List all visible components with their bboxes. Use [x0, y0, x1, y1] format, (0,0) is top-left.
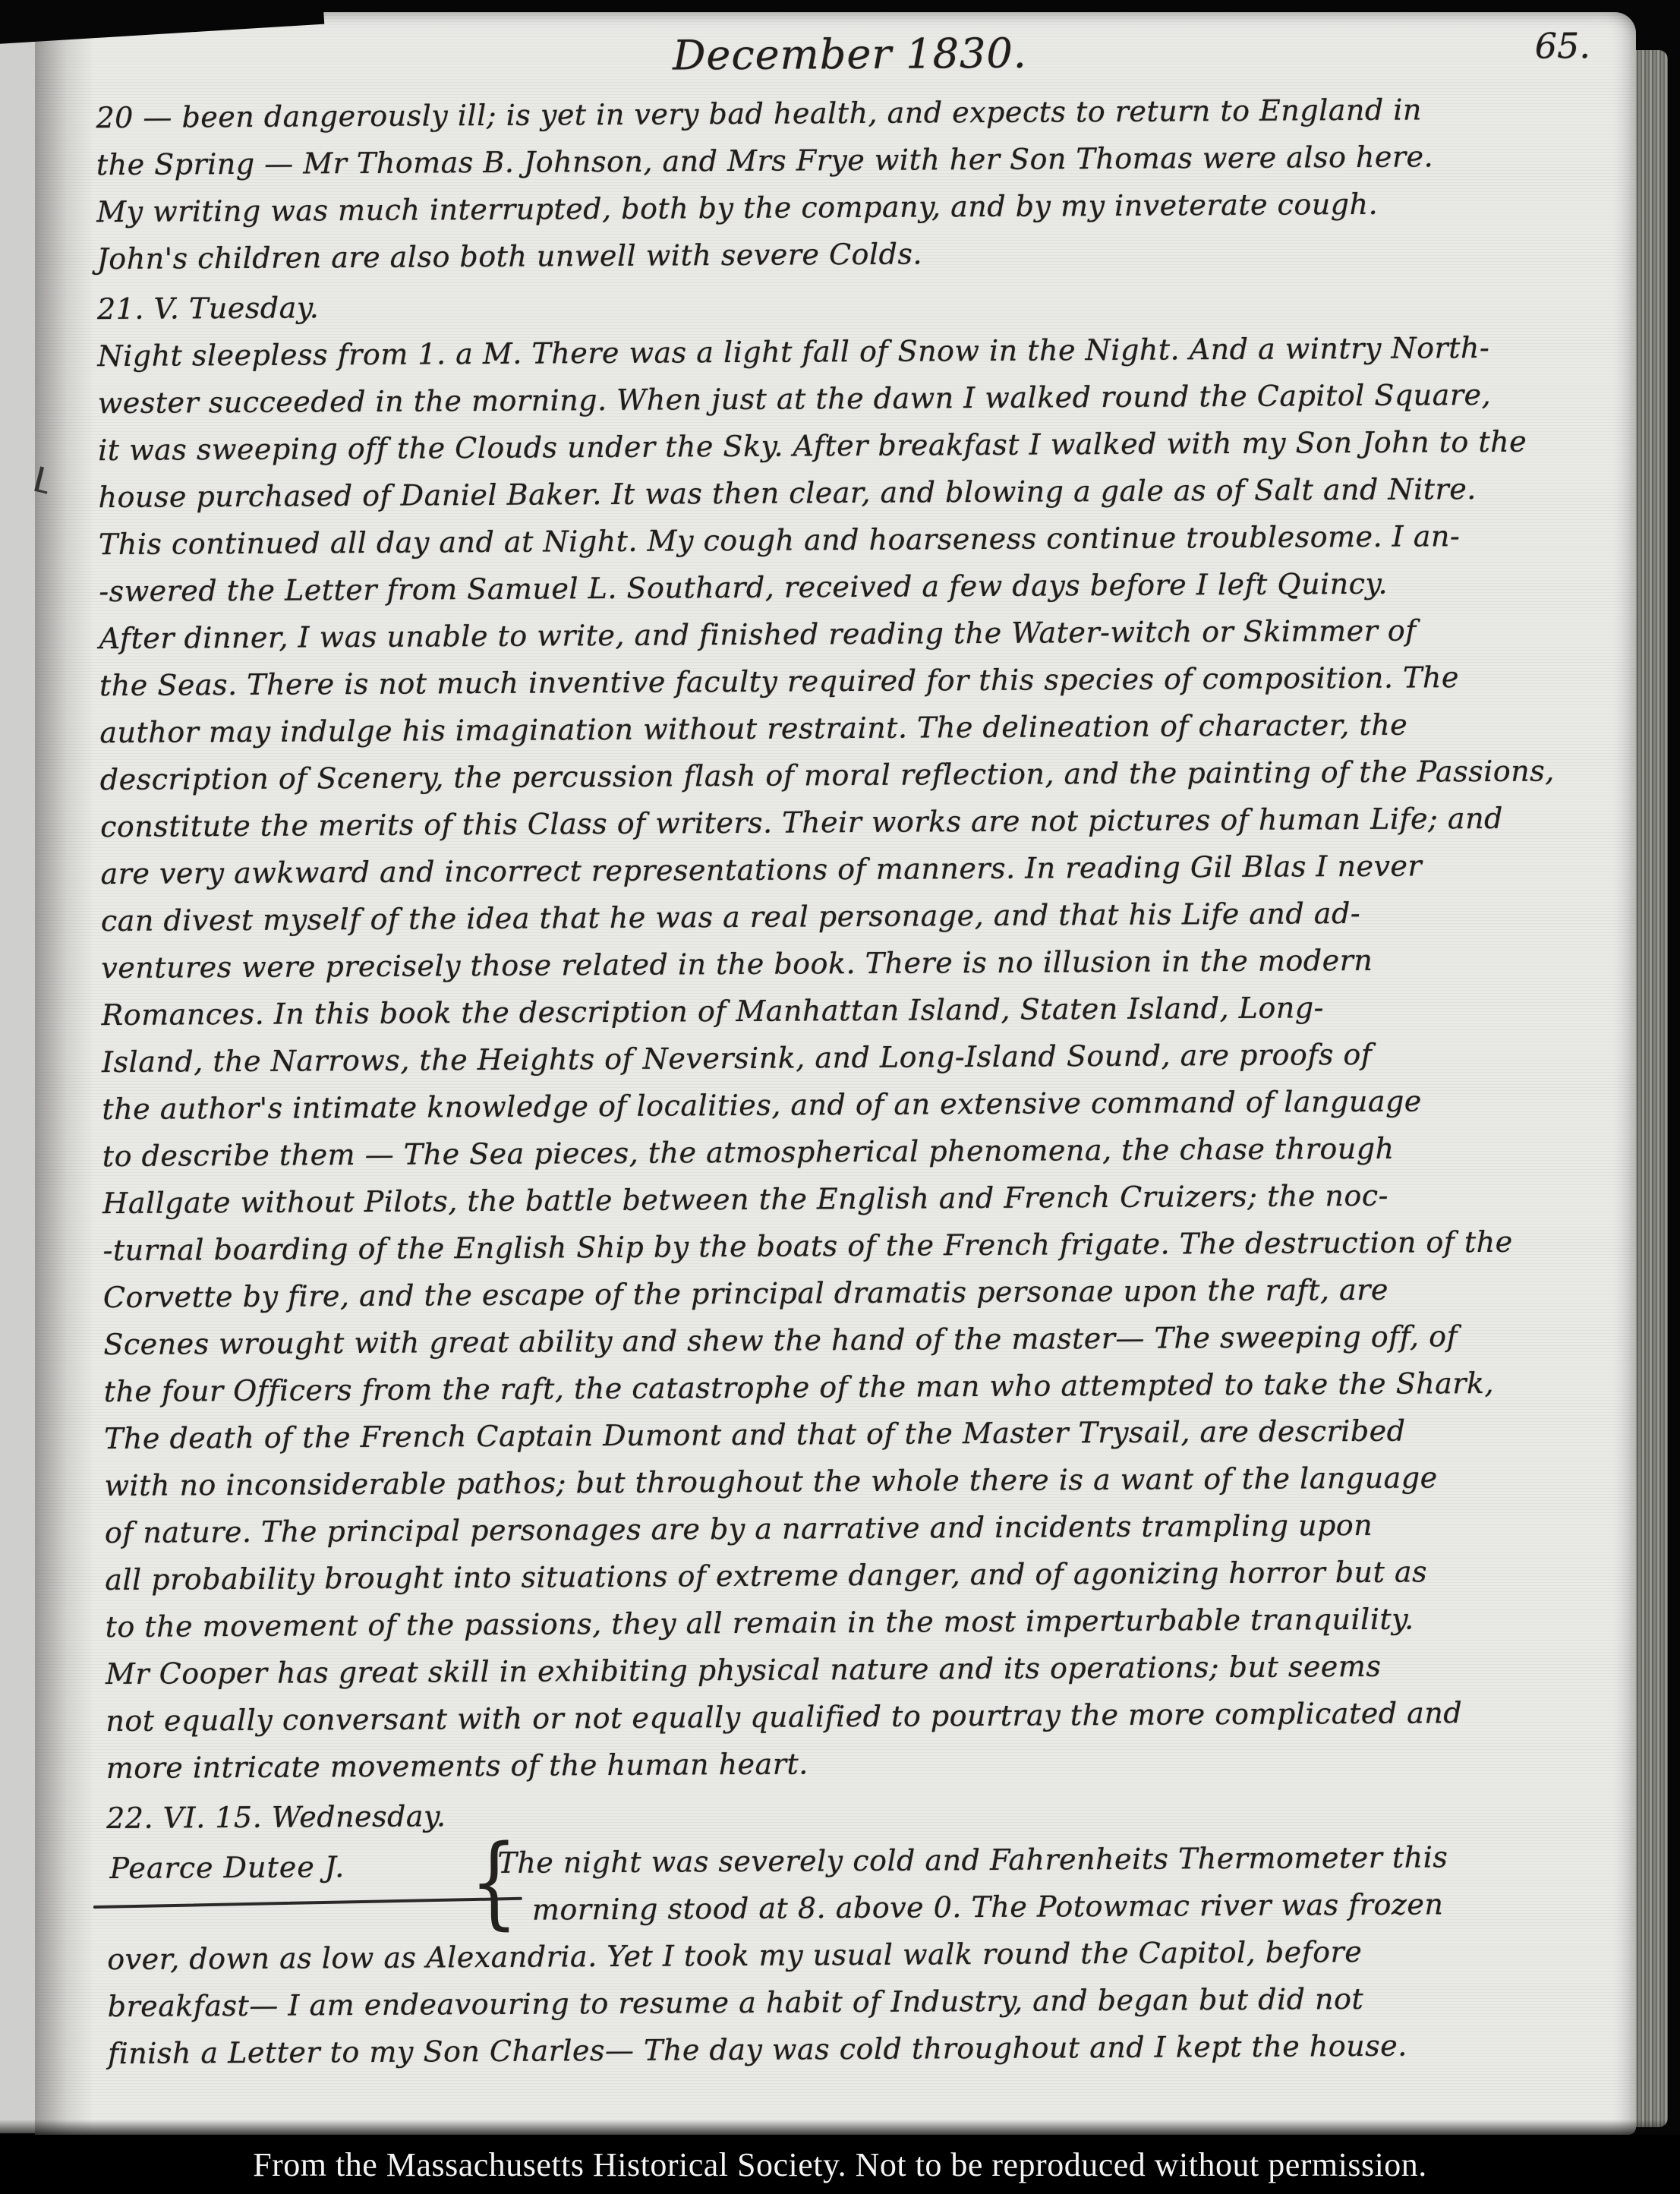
manuscript-line: not equally conversant with or not equal… — [106, 1688, 1614, 1745]
manuscript-line: to the movement of the passions, they al… — [105, 1594, 1613, 1650]
manuscript-text: December 1830. 65. 20 — been dangerously… — [96, 21, 1616, 2077]
page-header: December 1830. 65. — [96, 21, 1604, 91]
page-number: 65. — [1535, 23, 1591, 68]
book-fore-edge — [1634, 50, 1668, 2127]
page-left-edge — [0, 9, 35, 2133]
diary-entry-dec20: 20 — been dangerously ill; is yet in ver… — [96, 85, 1605, 282]
manuscript-line: John's children are also both unwell wit… — [96, 226, 1605, 282]
manuscript-line: The night was severely cold and Fahrenhe… — [497, 1833, 1615, 1887]
margin-brace: { — [470, 1832, 518, 1932]
manuscript-line: morning stood at 8. above 0. The Potowma… — [532, 1880, 1615, 1934]
month-year-heading: December 1830. — [96, 21, 1604, 88]
manuscript-line: finish a Letter to my Son Charles— The d… — [108, 2021, 1616, 2077]
footer-credit: From the Massachusetts Historical Societ… — [253, 2145, 1427, 2184]
manuscript-line: the Spring — Mr Thomas B. Johnson, and M… — [96, 132, 1605, 188]
manuscript-line: are very awkward and incorrect represent… — [100, 841, 1609, 897]
footer-band: From the Massachusetts Historical Societ… — [0, 2135, 1680, 2194]
entry-lines: 20 — been dangerously ill; is yet in ver… — [96, 85, 1605, 282]
manuscript-scan: December 1830. 65. 20 — been dangerously… — [0, 0, 1680, 2194]
entry-lines: Night sleepless from 1. a M. There was a… — [97, 323, 1615, 1792]
diary-entry-dec21: 21. V. Tuesday. Night sleepless from 1. … — [97, 276, 1615, 1792]
gutter-shadow — [35, 12, 94, 2135]
diary-page: December 1830. 65. 20 — been dangerously… — [35, 12, 1636, 2135]
diary-entry-dec22: 22. VI. 15. Wednesday. Pearce Dutee J. {… — [106, 1786, 1616, 2077]
margin-visitor-name: Pearce Dutee J. — [109, 1843, 345, 1892]
manuscript-line: more intricate movements of the human he… — [106, 1735, 1615, 1792]
manuscript-line: with no inconsiderable pathos; but throu… — [104, 1453, 1612, 1509]
